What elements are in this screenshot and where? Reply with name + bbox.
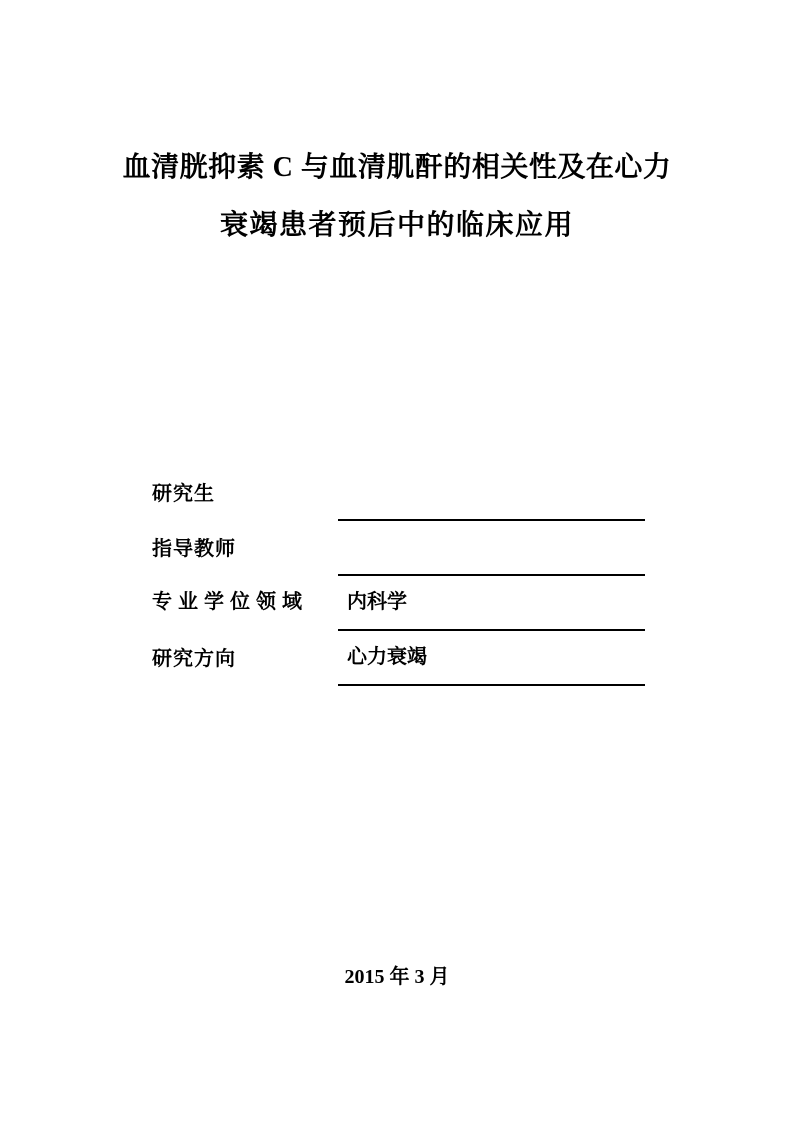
thesis-cover-page: 血清胱抑素 C 与血清肌酐的相关性及在心力 衰竭患者预后中的临床应用 研究生 指… bbox=[0, 0, 794, 1123]
thesis-title-line-1: 血清胱抑素 C 与血清肌酐的相关性及在心力 bbox=[0, 151, 794, 185]
research-direction-label: 研究方向 bbox=[152, 649, 236, 670]
degree-field-value: 内科学 bbox=[347, 592, 407, 613]
research-direction-field: 心力衰竭 bbox=[338, 649, 645, 686]
graduate-student-label: 研究生 bbox=[152, 484, 215, 505]
publication-date: 2015 年 3 月 bbox=[0, 966, 794, 988]
degree-field-label: 专业学位领域 bbox=[152, 592, 308, 613]
supervisor-label: 指导教师 bbox=[152, 539, 236, 560]
graduate-student-field bbox=[338, 484, 645, 521]
degree-field-field: 内科学 bbox=[338, 594, 645, 631]
research-direction-value: 心力衰竭 bbox=[347, 647, 427, 668]
supervisor-field bbox=[338, 539, 645, 576]
thesis-title-line-2: 衰竭患者预后中的临床应用 bbox=[0, 209, 794, 243]
